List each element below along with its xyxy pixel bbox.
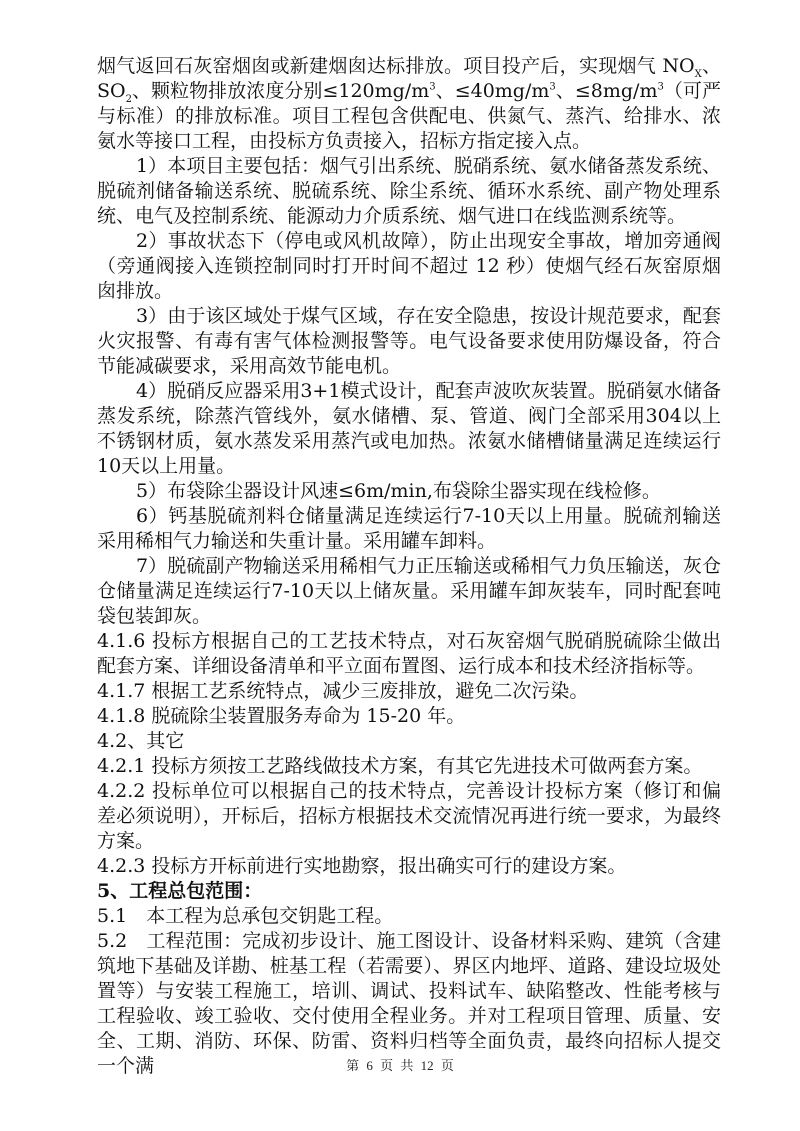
list-item-6: 6）钙基脱硫剂料仓储量满足连续运行7-10天以上用量。脱硫剂输送采用稀相气力输送… <box>97 504 721 554</box>
list-item-3: 3）由于该区域处于煤气区域，存在安全隐患，按设计规范要求，配套火灾报警、有毒有害… <box>97 304 721 379</box>
section-4-1-7: 4.1.7 根据工艺系统特点，减少三废排放，避免二次污染。 <box>97 679 721 704</box>
page-number: 第 6 页 共 12 页 <box>0 1055 800 1074</box>
section-heading-5: 5、工程总包范围： <box>97 879 721 904</box>
list-item-7: 7）脱硫副产物输送采用稀相气力正压输送或稀相气力负压输送，灰仓仓储量满足连续运行… <box>97 554 721 629</box>
text-run: 、颗粒物排放浓度分别≤120mg/m <box>132 80 429 102</box>
list-item-2: 2）事故状态下（停电或风机故障），防止出现安全事故，增加旁通阀（旁通阀接入连锁控… <box>97 229 721 304</box>
text-run: 、≤40mg/m <box>436 80 550 102</box>
paragraph-emission-standards: 烟气返回石灰窑烟囱或新建烟囱达标排放。项目投产后，实现烟气 NOX、SO2、颗粒… <box>97 54 721 154</box>
section-4-1-6: 4.1.6 投标方根据自己的工艺技术特点，对石灰窑烟气脱硝脱硫除尘做出配套方案、… <box>97 629 721 679</box>
list-item-1: 1）本项目主要包括：烟气引出系统、脱硝系统、氨水储备蒸发系统、脱硫剂储备输送系统… <box>97 154 721 229</box>
section-heading-4-2: 4.2、其它 <box>97 729 721 754</box>
list-item-4: 4）脱硝反应器采用3+1模式设计，配套声波吹灰装置。脱硝氨水储备蒸发系统，除蒸汽… <box>97 379 721 479</box>
document-page: 烟气返回石灰窑烟囱或新建烟囱达标排放。项目投产后，实现烟气 NOX、SO2、颗粒… <box>97 54 721 1079</box>
section-4-2-2: 4.2.2 投标单位可以根据自己的技术特点，完善设计投标方案（修订和偏差必须说明… <box>97 779 721 854</box>
text-run: 、≤8mg/m <box>556 80 658 102</box>
text-run: 烟气返回石灰窑烟囱或新建烟囱达标排放。项目投产后，实现烟气 NO <box>97 55 695 77</box>
section-4-2-1: 4.2.1 投标方须按工艺路线做技术方案，有其它先进技术可做两套方案。 <box>97 754 721 779</box>
section-4-1-8: 4.1.8 脱硫除尘装置服务寿命为 15-20 年。 <box>97 704 721 729</box>
section-4-2-3: 4.2.3 投标方开标前进行实地勘察，报出确实可行的建设方案。 <box>97 854 721 879</box>
section-5-1: 5.1 本工程为总承包交钥匙工程。 <box>97 904 721 929</box>
subscript: X <box>695 69 702 80</box>
list-item-5: 5）布袋除尘器设计风速≤6m/min,布袋除尘器实现在线检修。 <box>97 479 721 504</box>
